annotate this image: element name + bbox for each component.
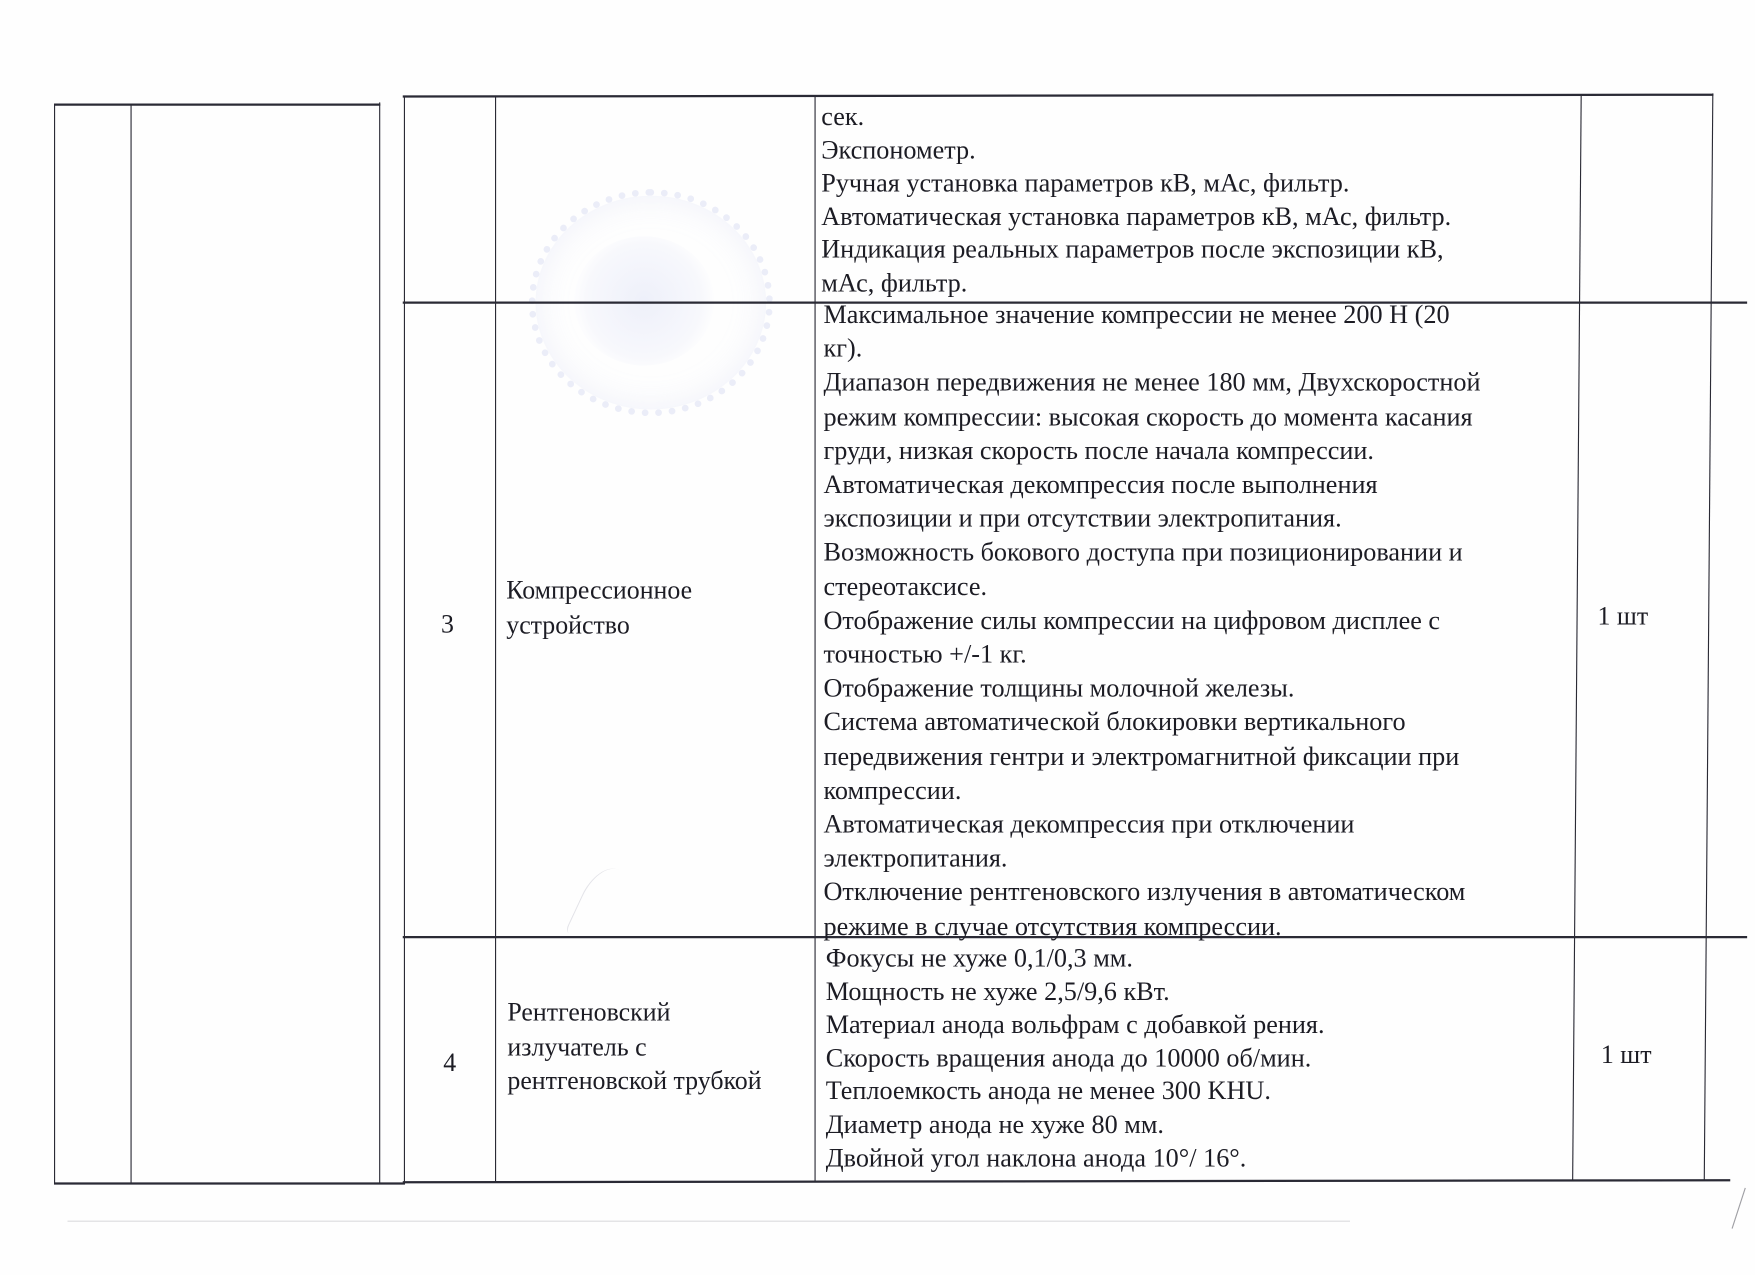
text-line: стереотаксисе. bbox=[824, 570, 1481, 604]
spec-cell-row-1: сек.Экспонометр.Ручная установка парамет… bbox=[821, 101, 1451, 301]
table-left-border bbox=[404, 96, 406, 1183]
row-number-4: 4 bbox=[443, 1049, 456, 1078]
row-number-3: 3 bbox=[441, 610, 454, 639]
text-line: Экспонометр. bbox=[821, 135, 1451, 168]
text-line: излучатель с bbox=[507, 1030, 761, 1064]
text-line: Автоматическая декомпрессия после выполн… bbox=[824, 468, 1481, 502]
text-line: Автоматическая установка параметров кВ, … bbox=[821, 201, 1451, 234]
text-line: Диаметр анода не хуже 80 мм. bbox=[826, 1109, 1325, 1142]
text-line: Мощность не хуже 2,5/9,6 кВт. bbox=[826, 976, 1325, 1009]
text-line: устройство bbox=[506, 608, 692, 642]
left-table-column-divider bbox=[131, 104, 133, 1184]
text-line: Индикация реальных параметров после эксп… bbox=[821, 234, 1451, 267]
text-line: Максимальное значение компрессии не мене… bbox=[824, 298, 1481, 332]
text-line: кг). bbox=[824, 332, 1481, 366]
text-line: рентгеновской трубкой bbox=[507, 1064, 761, 1098]
spec-cell-row-4: Фокусы не хуже 0,1/0,3 мм.Мощность не ху… bbox=[826, 943, 1325, 1176]
text-line: груди, низкая скорость после начала комп… bbox=[824, 434, 1481, 468]
table-right-border bbox=[1704, 93, 1714, 1180]
text-line: Возможность бокового доступа при позицио… bbox=[824, 536, 1481, 570]
left-table-top-border bbox=[54, 104, 380, 106]
text-line: режим компрессии: высокая скорость до мо… bbox=[824, 400, 1481, 434]
left-table-bottom-border bbox=[54, 1182, 405, 1184]
item-name-compression-device: Компрессионноеустройство bbox=[506, 574, 692, 643]
table-bottom-border bbox=[403, 1179, 1731, 1183]
table-top-border bbox=[403, 94, 1714, 98]
text-line: передвижения гентри и электромагнитной ф… bbox=[824, 740, 1481, 774]
left-table-right-border bbox=[379, 102, 381, 1183]
text-line: Ручная установка параметров кВ, мАс, фил… bbox=[821, 168, 1451, 201]
text-line: Материал анода вольфрам с добавкой рения… bbox=[826, 1009, 1325, 1042]
item-name-xray-emitter: Рентгеновскийизлучатель срентгеновской т… bbox=[507, 996, 761, 1099]
text-line: Отображение толщины молочной железы. bbox=[824, 672, 1481, 706]
text-line: Рентгеновский bbox=[507, 996, 761, 1030]
text-line: компрессии. bbox=[824, 774, 1481, 808]
scan-artifact-line bbox=[68, 1221, 1351, 1222]
text-line: Отображение силы компрессии на цифровом … bbox=[824, 604, 1481, 638]
text-line: Фокусы не хуже 0,1/0,3 мм. bbox=[826, 943, 1325, 976]
number-column-divider bbox=[495, 96, 497, 1183]
margin-pen-mark bbox=[1732, 1188, 1746, 1229]
name-column-divider bbox=[815, 96, 817, 1183]
text-line: режиме в случае отсутствия компрессии. bbox=[824, 910, 1481, 944]
text-line: экспозиции и при отсутствии электропитан… bbox=[824, 502, 1481, 536]
text-line: точностью +/-1 кг. bbox=[824, 638, 1481, 672]
text-line: Теплоемкость анода не менее 300 KHU. bbox=[826, 1076, 1325, 1109]
text-line: Компрессионное bbox=[506, 574, 692, 608]
text-line: Диапазон передвижения не менее 180 мм, Д… bbox=[824, 366, 1481, 400]
text-line: Скорость вращения анода до 10000 об/мин. bbox=[826, 1043, 1325, 1076]
spec-cell-row-3: Максимальное значение компрессии не мене… bbox=[824, 298, 1481, 944]
text-line: Отключение рентгеновского излучения в ав… bbox=[824, 876, 1481, 910]
text-line: Двойной угол наклона анода 10°/ 16°. bbox=[826, 1143, 1325, 1176]
quantity-row-3: 1 шт bbox=[1598, 602, 1649, 631]
left-table-left-border bbox=[54, 104, 56, 1184]
text-line: Система автоматической блокировки вертик… bbox=[824, 706, 1481, 740]
scanned-document-page: сек.Экспонометр.Ручная установка парамет… bbox=[0, 0, 1755, 1275]
text-line: мАс, фильтр. bbox=[821, 268, 1451, 301]
text-line: электропитания. bbox=[824, 842, 1481, 876]
text-line: сек. bbox=[821, 101, 1451, 134]
quantity-row-4: 1 шт bbox=[1601, 1041, 1652, 1070]
text-line: Автоматическая декомпрессия при отключен… bbox=[824, 808, 1481, 842]
spec-column-divider bbox=[1572, 94, 1582, 1181]
